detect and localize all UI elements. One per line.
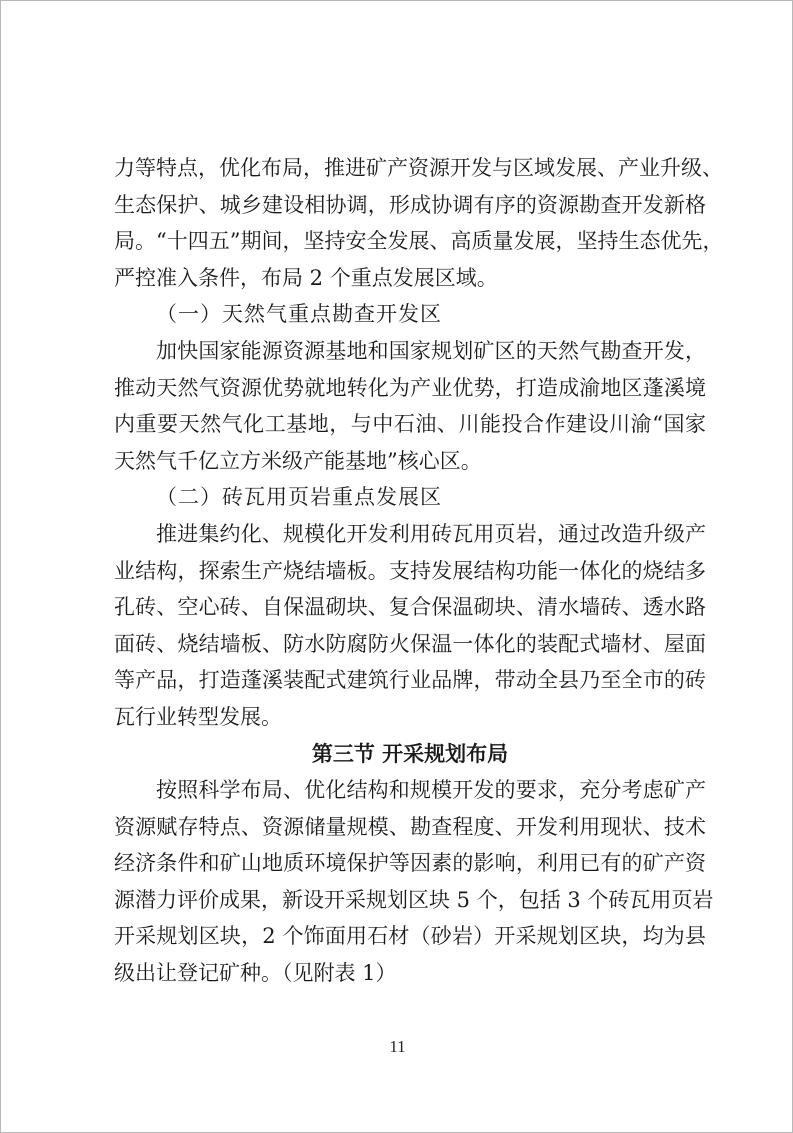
text-line: 业结构，探索生产烧结墙板。支持发展结构功能一体化的烧结多 — [114, 553, 706, 590]
page-body: 力等特点，优化布局，推进矿产资源开发与区域发展、产业升级、 生态保护、城乡建设相… — [114, 150, 706, 992]
paragraph-shale: 推进集约化、规模化开发利用砖瓦用页岩，通过改造升级产 业结构，探索生产烧结墙板。… — [114, 516, 706, 736]
section-heading-mining-layout: 第三节 开采规划布局 — [114, 736, 706, 773]
text-line: 级出让登记矿种。（见附表 1） — [114, 955, 706, 992]
text-line: 源潜力评价成果，新设开采规划区块 5 个，包括 3 个砖瓦用页岩 — [114, 882, 706, 919]
text-line: 经济条件和矿山地质环境保护等因素的影响，利用已有的矿产资 — [114, 845, 706, 882]
paragraph-intro: 力等特点，优化布局，推进矿产资源开发与区域发展、产业升级、 生态保护、城乡建设相… — [114, 150, 706, 296]
text-line: 内重要天然气化工基地，与中石油、川能投合作建设川渝“国家 — [114, 406, 706, 443]
text-line: 力等特点，优化布局，推进矿产资源开发与区域发展、产业升级、 — [114, 150, 706, 187]
text-line: 等产品，打造蓬溪装配式建筑行业品牌，带动全县乃至全市的砖 — [114, 662, 706, 699]
text-line: 天然气千亿立方米级产能基地”核心区。 — [114, 443, 706, 480]
text-line: 瓦行业转型发展。 — [114, 699, 706, 736]
text-line: 开采规划区块，2 个饰面用石材（砂岩）开采规划区块，均为县 — [114, 918, 706, 955]
text-line: 局。“十四五”期间，坚持安全发展、高质量发展，坚持生态优先， — [114, 223, 706, 260]
subsection-heading-shale: （二）砖瓦用页岩重点发展区 — [114, 479, 706, 516]
paragraph-natural-gas: 加快国家能源资源基地和国家规划矿区的天然气勘查开发， 推动天然气资源优势就地转化… — [114, 333, 706, 479]
text-line: 按照科学布局、优化结构和规模开发的要求，充分考虑矿产 — [114, 772, 706, 809]
text-line: 推动天然气资源优势就地转化为产业优势，打造成渝地区蓬溪境 — [114, 370, 706, 407]
text-line: 资源赋存特点、资源储量规模、勘查程度、开发利用现状、技术 — [114, 809, 706, 846]
subsection-heading-natural-gas: （一）天然气重点勘查开发区 — [114, 296, 706, 333]
page-number: 11 — [1, 1037, 793, 1057]
text-line: 加快国家能源资源基地和国家规划矿区的天然气勘查开发， — [114, 333, 706, 370]
text-line: 严控准入条件，布局 2 个重点发展区域。 — [114, 260, 706, 297]
text-line: 推进集约化、规模化开发利用砖瓦用页岩，通过改造升级产 — [114, 516, 706, 553]
text-line: 面砖、烧结墙板、防水防腐防火保温一体化的装配式墙材、屋面 — [114, 626, 706, 663]
text-line: 孔砖、空心砖、自保温砌块、复合保温砌块、清水墙砖、透水路 — [114, 589, 706, 626]
paragraph-mining-layout: 按照科学布局、优化结构和规模开发的要求，充分考虑矿产 资源赋存特点、资源储量规模… — [114, 772, 706, 992]
document-page: 力等特点，优化布局，推进矿产资源开发与区域发展、产业升级、 生态保护、城乡建设相… — [0, 0, 793, 1133]
text-line: 生态保护、城乡建设相协调，形成协调有序的资源勘查开发新格 — [114, 187, 706, 224]
